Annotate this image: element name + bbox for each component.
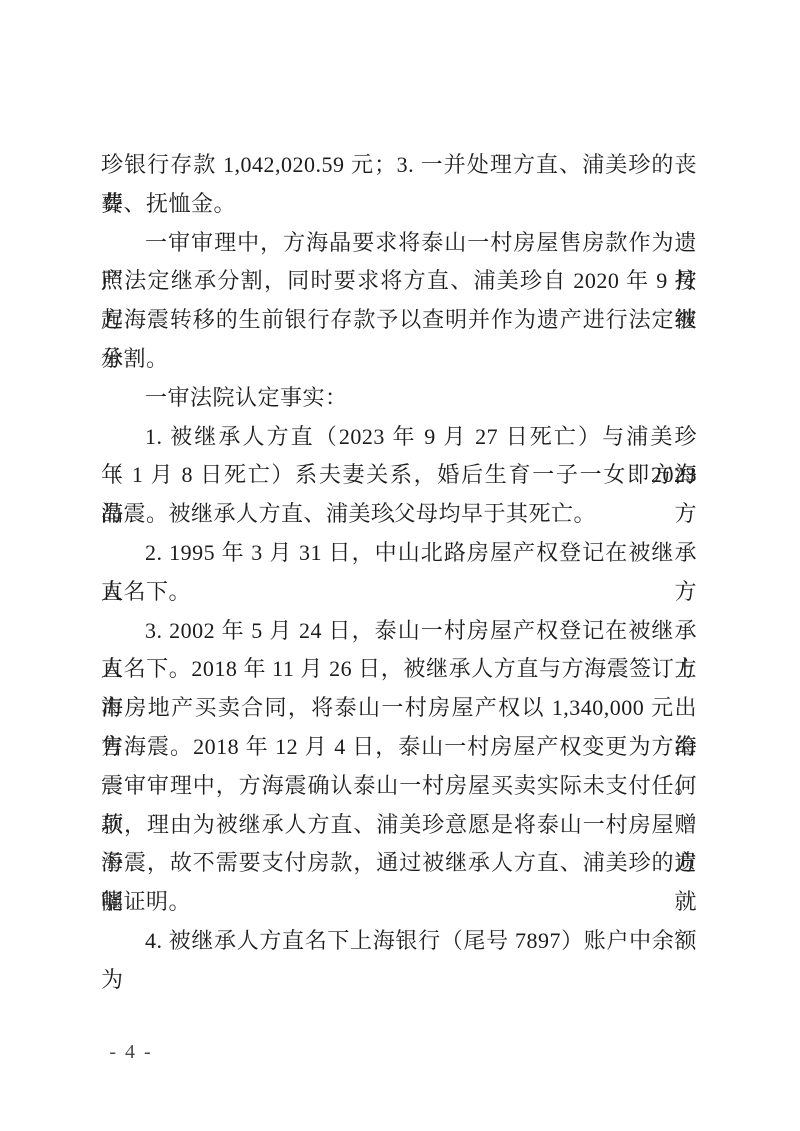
document-line: 项，理由为被继承人方直、浦美珍意愿是将泰山一村房屋赠予方 (101, 806, 697, 845)
document-line: 3. 2002 年 5 月 24 日，泰山一村房屋产权登记在被继承人方 (101, 612, 697, 651)
document-line: 海震，故不需要支付房款，通过被继承人方直、浦美珍的遗嘱就 (101, 844, 697, 883)
document-page: 珍银行存款 1,042,020.59 元；3. 一并处理方直、浦美珍的丧葬费、抚… (0, 0, 800, 1131)
page-number: - 4 - (101, 1038, 161, 1066)
document-line: 1. 被继承人方直（2023 年 9 月 27 日死亡）与浦美珍（2023 (101, 418, 697, 457)
document-line: 方海震。2018 年 12 月 4 日，泰山一村房屋产权变更为方海震。 (101, 728, 697, 767)
document-line: 市房地产买卖合同，将泰山一村房屋产权以 1,340,000 元出售给 (101, 689, 697, 728)
document-line: 2. 1995 年 3 月 31 日，中山北路房屋产权登记在被继承人方 (101, 534, 697, 573)
document-line: 方海震转移的生前银行存款予以查明并作为遗产进行法定继承 (101, 301, 697, 340)
document-line: 照法定继承分割，同时要求将方直、浦美珍自 2020 年 9 月起被 (101, 262, 697, 301)
document-line: 一审法院认定事实： (101, 379, 697, 418)
document-line: 一审审理中，方海震确认泰山一村房屋买卖实际未支付任何款 (101, 767, 697, 806)
document-line: 4. 被继承人方直名下上海银行（尾号 7897）账户中余额为 (101, 922, 697, 961)
document-line: 珍银行存款 1,042,020.59 元；3. 一并处理方直、浦美珍的丧葬 (101, 146, 697, 185)
document-lines: 珍银行存款 1,042,020.59 元；3. 一并处理方直、浦美珍的丧葬费、抚… (101, 146, 697, 961)
document-line: 费、抚恤金。 (101, 185, 697, 224)
document-line: 直名下。2018 年 11 月 26 日，被继承人方直与方海震签订上海 (101, 650, 697, 689)
document-line: 年 1 月 8 日死亡）系夫妻关系，婚后生育一子一女即方海晶、方 (101, 456, 697, 495)
document-line: 分割。 (101, 340, 697, 379)
document-line: 一审审理中，方海晶要求将泰山一村房屋售房款作为遗产按 (101, 224, 697, 263)
